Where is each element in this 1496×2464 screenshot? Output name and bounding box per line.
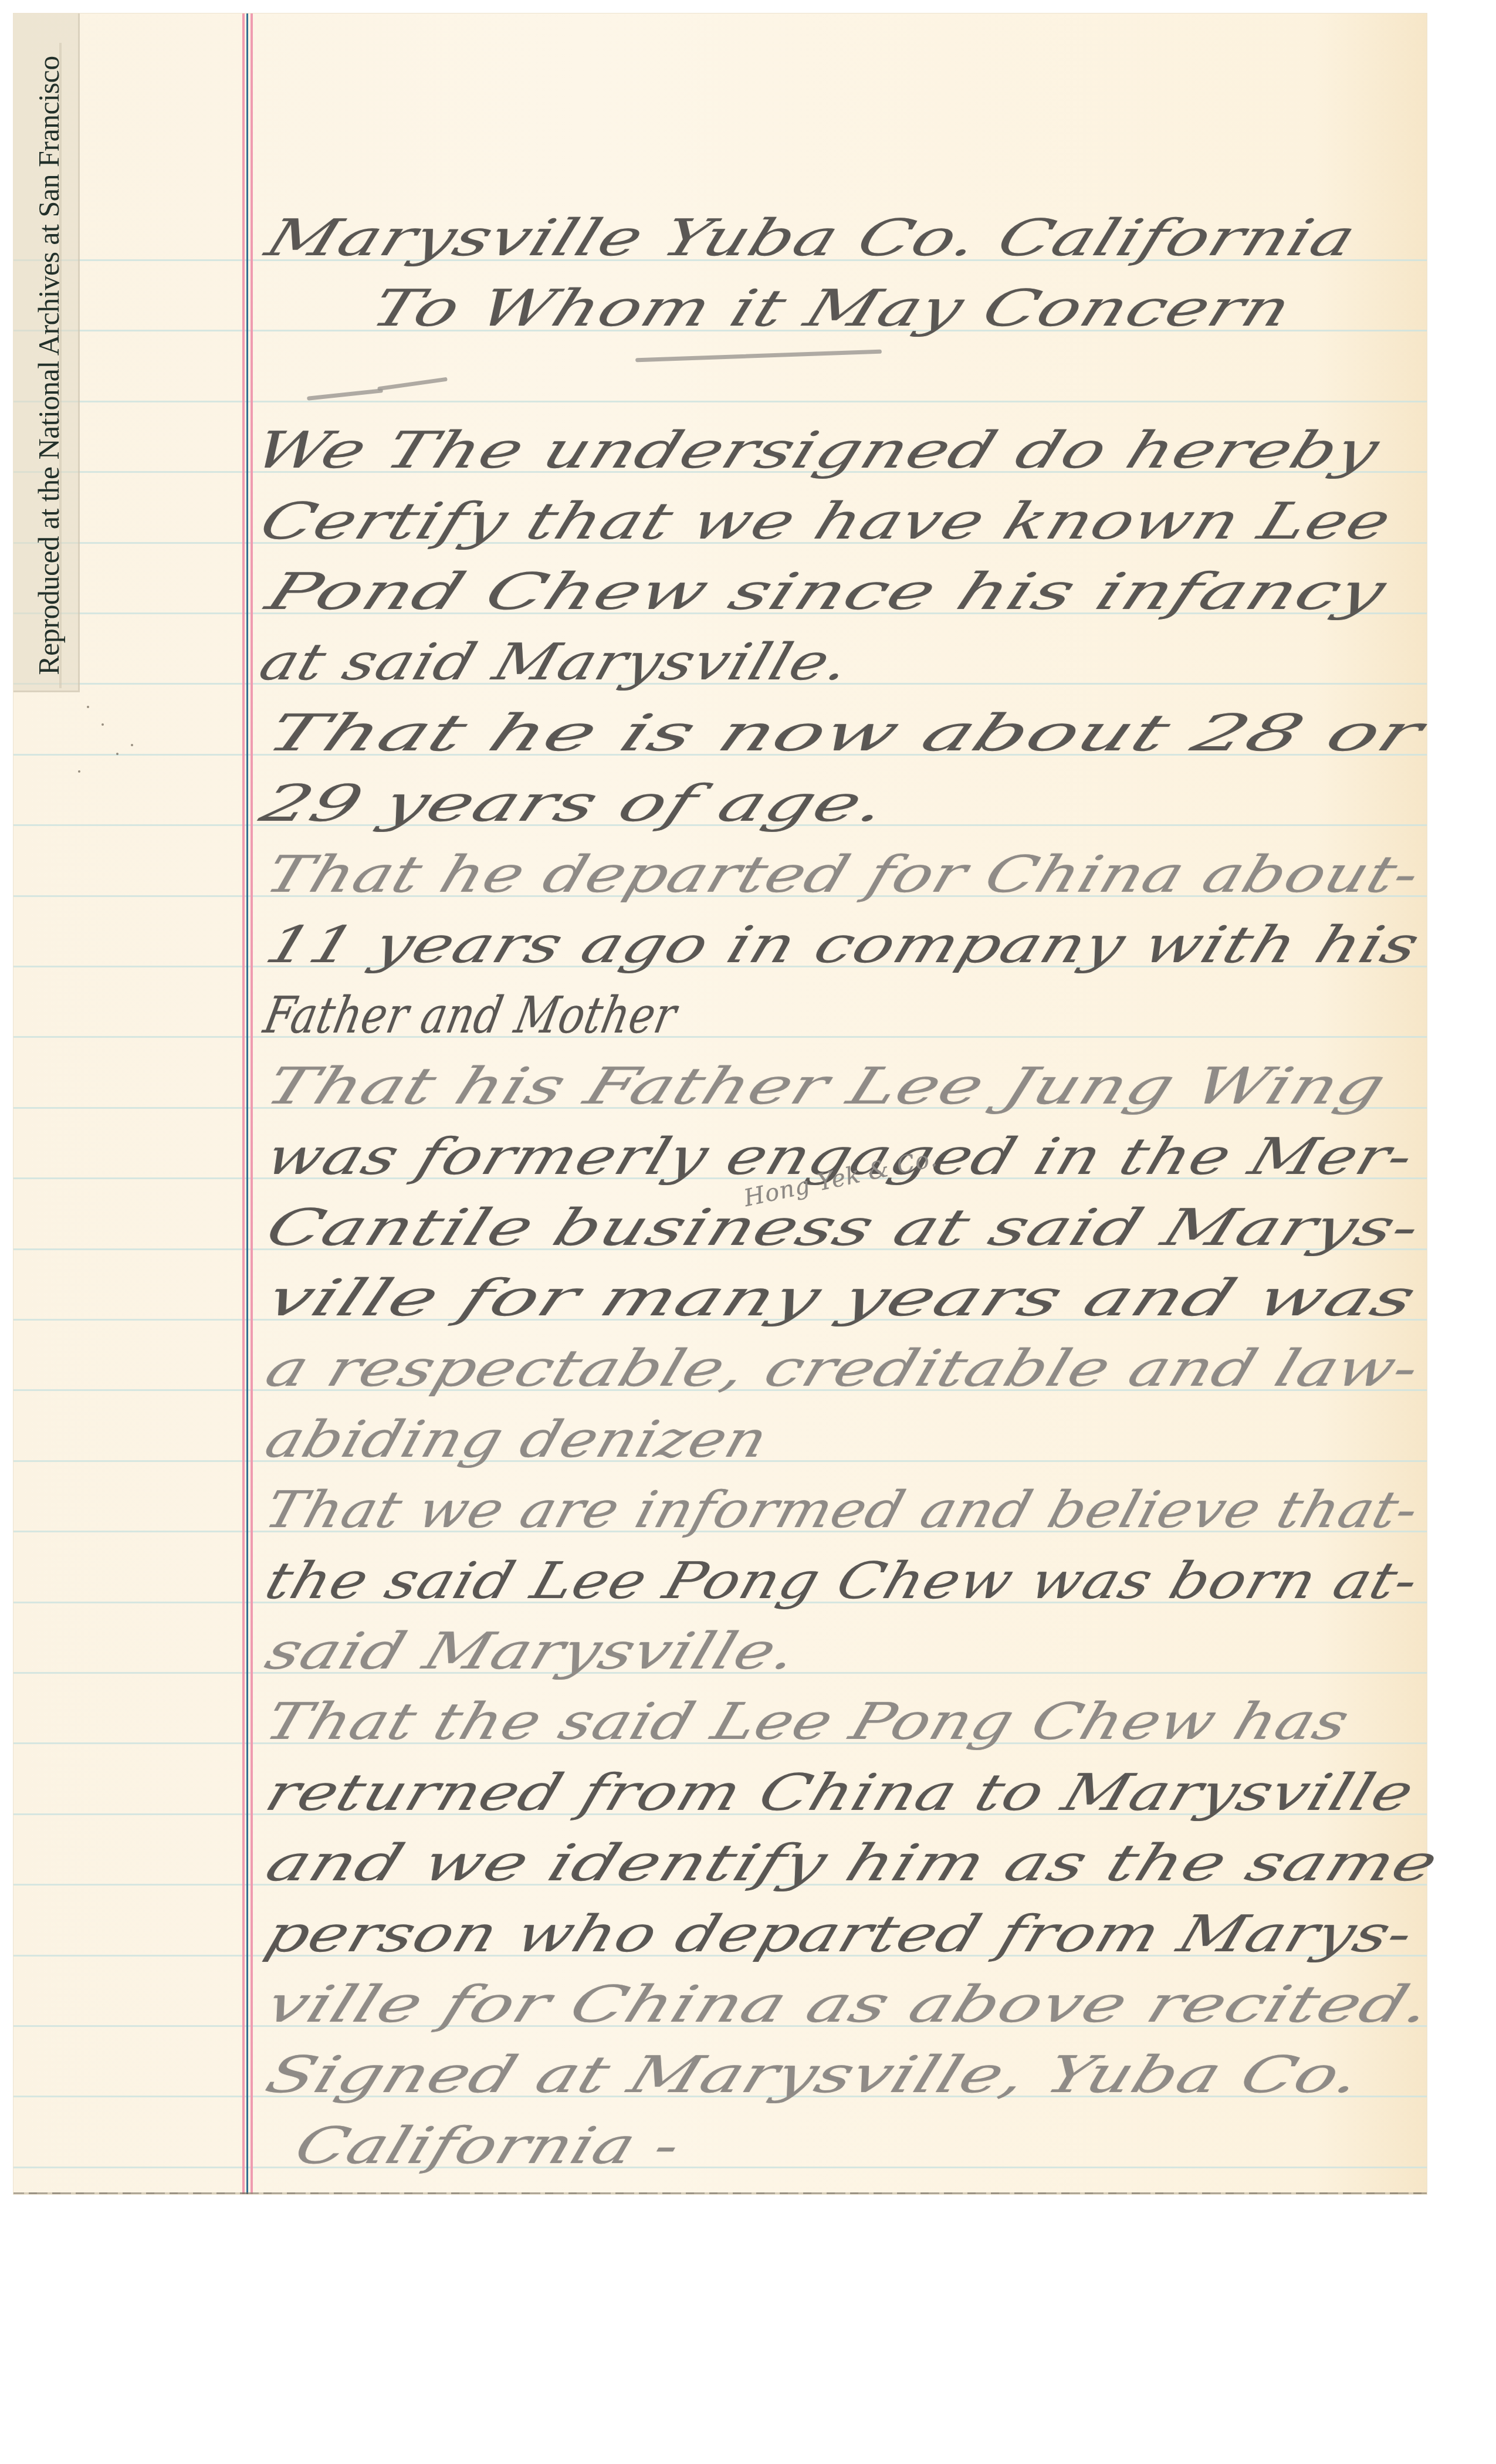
- handwritten-line: That he is now about 28 or: [260, 708, 1431, 759]
- ruled-line: [13, 1036, 1427, 1038]
- paper-speck: [78, 770, 80, 773]
- handwritten-line: and we identify him as the same: [260, 1838, 1445, 1888]
- handwritten-line: ville for China as above recited.: [260, 1979, 1439, 2030]
- paper-speck: [131, 744, 133, 746]
- handwritten-line: California -: [289, 2121, 687, 2171]
- salutation: To Whom it May Concern: [365, 283, 1298, 334]
- handwritten-line: the said Lee Pong Chew was born at-: [260, 1556, 1424, 1606]
- paper-speck: [101, 723, 104, 726]
- margin-line-blue: [246, 13, 248, 2194]
- handwritten-line: at said Marysville.: [254, 637, 857, 688]
- underline-flourish: [377, 377, 448, 391]
- handwritten-line: That we are informed and believe that-: [260, 1485, 1424, 1535]
- handwritten-line: Certify that we have known Lee: [254, 496, 1398, 547]
- handwritten-line: That his Father Lee Jung Wing: [260, 1061, 1392, 1112]
- underline-flourish: [635, 350, 882, 363]
- underline-flourish: [307, 388, 383, 401]
- handwritten-line: person who departed from Marys-: [260, 1909, 1420, 1959]
- handwritten-line: ville for many years and was: [260, 1273, 1423, 1324]
- ruled-line: [13, 401, 1427, 402]
- handwritten-line: Father and Mother: [260, 990, 681, 1041]
- document-page: Reproduced at the National Archives at S…: [13, 13, 1427, 2194]
- handwritten-line: That the said Lee Pong Chew has: [260, 1697, 1355, 1747]
- handwritten-line: a respectable, creditable and law-: [260, 1343, 1426, 1394]
- margin-line-pink: [251, 13, 253, 2194]
- handwritten-line: Pond Chew since his infancy: [260, 567, 1393, 617]
- handwritten-line: We The undersigned do hereby: [248, 425, 1386, 476]
- place-heading: Marysville Yuba Co. California: [260, 213, 1363, 263]
- handwritten-line: returned from China to Marysville: [260, 1768, 1420, 1818]
- handwritten-line: Signed at Marysville, Yuba Co.: [260, 2050, 1369, 2100]
- ruled-line: [13, 2167, 1427, 2168]
- handwritten-line: Cantile business at said Marys-: [260, 1203, 1427, 1253]
- handwritten-line: That he departed for China about-: [260, 849, 1426, 900]
- archive-stamp: Reproduced at the National Archives at S…: [32, 56, 66, 675]
- paper-speck: [116, 753, 119, 755]
- handwritten-line: said Marysville.: [260, 1626, 804, 1677]
- margin-line-pink: [242, 13, 245, 2194]
- handwritten-line: 29 years of age.: [254, 779, 895, 829]
- paper-speck: [87, 706, 89, 708]
- handwritten-line: 11 years ago in company with his: [260, 920, 1426, 970]
- handwritten-line: abiding denizen: [260, 1414, 774, 1465]
